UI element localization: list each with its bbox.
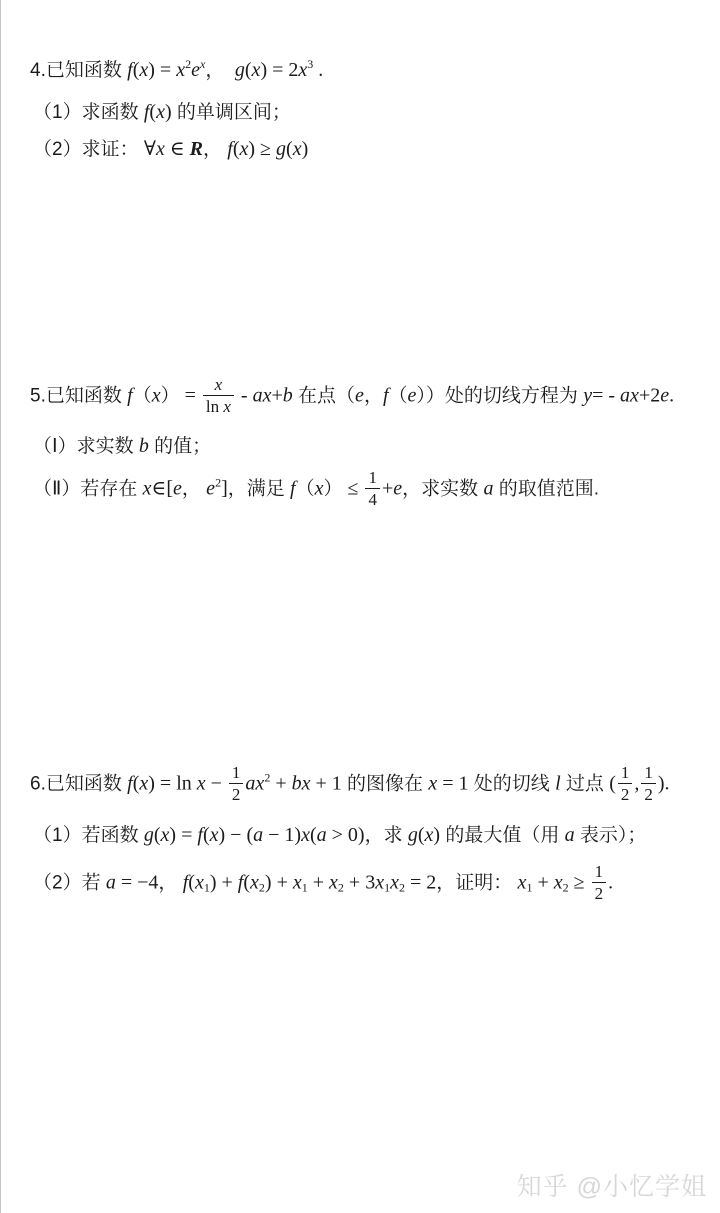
text-run: ，	[158, 872, 182, 893]
math-line: （1）求函数 f(x) 的单调区间；	[33, 97, 710, 128]
math-run: e	[173, 477, 182, 499]
math-run: x	[298, 59, 307, 81]
math-run: +	[270, 772, 291, 794]
math-run: −	[206, 772, 227, 794]
math-run: b	[283, 384, 293, 406]
math-run: R	[190, 138, 203, 160]
math-run: ln	[206, 397, 223, 416]
math-run: (	[243, 871, 250, 893]
text-run: ，	[205, 60, 235, 81]
math-run: e	[355, 384, 364, 406]
math-run: x	[293, 871, 302, 893]
text-run: 的值；	[149, 436, 211, 457]
problem-5-block: 5.已知函数 f（x） = xln x - ax+b 在点（e，f（e））处的切…	[30, 374, 710, 511]
math-run: x	[554, 871, 563, 893]
math-run: b	[139, 435, 149, 457]
math-run: = 2	[405, 871, 436, 893]
math-run: g	[276, 138, 286, 160]
math-run: + 1	[310, 772, 341, 794]
text-run: 4.已知函数	[30, 60, 127, 81]
math-line: （Ⅱ）若存在 x∈[e， e2]，满足 f（x） ≤ 14+e，求实数 a 的取…	[33, 467, 710, 511]
math-line: （2）若 a = −4， f(x1) + f(x2) + x1 + x2 + 3…	[33, 861, 710, 905]
math-line: 5.已知函数 f（x） = xln x - ax+b 在点（e，f（e））处的切…	[30, 374, 710, 418]
math-run: g	[235, 59, 245, 81]
fraction-numerator: 1	[618, 762, 633, 784]
fraction-numerator: 1	[641, 762, 656, 784]
math-run: (	[609, 772, 616, 794]
text-run: （1）若函数	[33, 825, 144, 846]
math-run: ,	[634, 772, 639, 794]
math-line: （2）求证： ∀x ∈ R， f(x) ≥ g(x)	[33, 134, 710, 165]
text-run: ，	[364, 385, 383, 406]
math-run: 2	[232, 785, 241, 804]
text-run: 处的切线	[469, 773, 556, 794]
math-run: .	[669, 384, 674, 406]
text-run: ））处的切线方程为	[416, 385, 583, 406]
math-run: ≥	[569, 871, 590, 893]
math-run: x	[428, 772, 437, 794]
math-line: 4.已知函数 f(x) = x2ex， g(x) = 2x3 .	[30, 55, 710, 86]
math-run: .	[313, 59, 323, 81]
math-run: e	[393, 477, 402, 499]
math-run: -	[236, 384, 253, 406]
math-run: (	[233, 138, 240, 160]
text-run: 的取值范围.	[493, 478, 599, 499]
math-run: (	[203, 824, 210, 846]
fraction-numerator: 1	[592, 861, 607, 883]
text-run: （2）若	[33, 872, 106, 893]
math-run: ) =	[148, 59, 176, 81]
math-run: g	[144, 824, 154, 846]
text-run: 5.已知函数	[30, 385, 127, 406]
math-run: ∈	[165, 138, 190, 160]
math-run: = −4	[116, 871, 159, 893]
fraction: 12	[592, 861, 607, 905]
fraction-denominator: 2	[592, 883, 607, 905]
math-run: ∀	[144, 138, 156, 160]
math-run: (	[154, 824, 161, 846]
math-run: ) +	[210, 871, 238, 893]
text-run: ，满足	[228, 478, 290, 499]
fraction: xln x	[203, 374, 234, 418]
text-run: 6.已知函数	[30, 773, 127, 794]
math-run: 1	[368, 468, 377, 487]
text-run: （Ⅱ）若存在	[33, 478, 143, 499]
math-run: ) − (	[219, 824, 254, 846]
math-run: x	[152, 384, 161, 406]
math-run: +	[382, 477, 393, 499]
fraction: 12	[618, 762, 633, 806]
math-run: y	[583, 384, 592, 406]
math-run: )	[165, 101, 172, 123]
math-run: x	[156, 101, 165, 123]
math-run: +	[532, 871, 553, 893]
text-run: （	[133, 385, 152, 406]
math-run: 4	[368, 490, 377, 509]
math-run: ).	[658, 772, 670, 794]
problem-6-block: 6.已知函数 f(x) = ln x − 12ax2 + bx + 1 的图像在…	[30, 762, 710, 905]
math-run: +2	[639, 384, 660, 406]
math-line: 6.已知函数 f(x) = ln x − 12ax2 + bx + 1 的图像在…	[30, 762, 710, 806]
math-run: ) =	[169, 824, 197, 846]
math-run: 2	[595, 884, 604, 903]
math-run: ax	[253, 384, 272, 406]
text-run: ，	[203, 139, 227, 160]
fraction-numerator: 1	[365, 467, 380, 489]
math-run: (	[310, 824, 317, 846]
fraction-numerator: x	[203, 374, 234, 396]
math-run: 2	[621, 785, 630, 804]
math-run: 1	[232, 763, 241, 782]
math-run: x	[215, 375, 223, 394]
math-run: ]	[221, 477, 228, 499]
math-run: g	[408, 824, 418, 846]
math-run: ax	[245, 772, 264, 794]
text-run: （	[389, 385, 408, 406]
math-run: a	[483, 477, 493, 499]
math-run: x	[143, 477, 152, 499]
math-run: x	[139, 772, 148, 794]
math-run: ∈[	[152, 477, 173, 499]
math-run: x	[329, 871, 338, 893]
page-left-edge-line	[0, 0, 1, 1213]
math-run: )	[302, 138, 309, 160]
math-run: ) = ln	[148, 772, 197, 794]
fraction: 14	[365, 467, 380, 511]
fraction-denominator: 2	[641, 784, 656, 806]
math-run: 1	[595, 862, 604, 881]
math-run: ) = 2	[260, 59, 298, 81]
math-line: （1）若函数 g(x) = f(x) − (a − 1)x(a > 0)，求 g…	[33, 820, 710, 851]
text-run: （2）求证：	[33, 139, 144, 160]
math-run: e	[660, 384, 669, 406]
math-line: （Ⅰ）求实数 b 的值；	[33, 431, 710, 462]
math-run: .	[608, 871, 613, 893]
math-run: x	[197, 772, 206, 794]
math-run: = 1	[437, 772, 468, 794]
math-run: e	[191, 59, 200, 81]
fraction-denominator: 4	[365, 489, 380, 511]
math-run: +	[308, 871, 329, 893]
math-run: x	[176, 59, 185, 81]
text-run: （Ⅰ）求实数	[33, 436, 139, 457]
math-run: = -	[592, 384, 620, 406]
math-run: 1	[621, 763, 630, 782]
text-run: ，证明：	[436, 872, 517, 893]
fraction-denominator: 2	[229, 784, 244, 806]
text-run: ）	[161, 385, 180, 406]
math-run: =	[180, 384, 201, 406]
math-run: e	[206, 477, 215, 499]
fraction-denominator: 2	[618, 784, 633, 806]
math-run: ) ≥	[248, 138, 276, 160]
text-run: 的单调区间；	[172, 102, 291, 123]
fraction-numerator: 1	[229, 762, 244, 784]
math-run: > 0)	[327, 824, 365, 846]
math-run: x	[390, 871, 399, 893]
math-run: +	[271, 384, 282, 406]
text-run: （	[296, 478, 315, 499]
math-run: (	[286, 138, 293, 160]
math-run: (	[188, 871, 195, 893]
text-run: （1）求函数	[33, 102, 144, 123]
math-run: + 3	[344, 871, 375, 893]
text-run: 表示）；	[575, 825, 647, 846]
text-run: ，求	[365, 825, 408, 846]
fraction: 12	[229, 762, 244, 806]
math-run: x	[375, 871, 384, 893]
fraction-denominator: ln x	[203, 396, 234, 418]
fraction: 12	[641, 762, 656, 806]
math-run: x	[139, 59, 148, 81]
math-run: x	[250, 871, 259, 893]
math-run: 2	[644, 785, 653, 804]
text-run: ，	[182, 478, 206, 499]
math-run: ≤	[343, 477, 364, 499]
math-run: x	[210, 824, 219, 846]
zhihu-watermark: 知乎 @小忆学姐	[517, 1167, 707, 1203]
text-run: 在点（	[293, 385, 355, 406]
math-run: (	[418, 824, 425, 846]
math-run: x	[293, 138, 302, 160]
math-run: x	[301, 824, 310, 846]
text-run: ，求实数	[402, 478, 483, 499]
math-run: a	[253, 824, 263, 846]
math-run: 1	[644, 763, 653, 782]
math-run: x	[195, 871, 204, 893]
math-run: (	[245, 59, 252, 81]
math-run: a	[565, 824, 575, 846]
math-run: ax	[620, 384, 639, 406]
text-run: ）	[323, 478, 342, 499]
math-run: bx	[292, 772, 311, 794]
math-run: ) +	[265, 871, 293, 893]
math-run: − 1)	[263, 824, 301, 846]
math-run: x	[223, 397, 231, 416]
problem-4-block: 4.已知函数 f(x) = x2ex， g(x) = 2x3 .（1）求函数 f…	[30, 55, 710, 165]
text-run: 的最大值（用	[440, 825, 565, 846]
text-run: 过点	[561, 773, 610, 794]
math-run: a	[106, 871, 116, 893]
math-run: x	[156, 138, 165, 160]
math-run: a	[317, 824, 327, 846]
text-run: 的图像在	[342, 773, 429, 794]
